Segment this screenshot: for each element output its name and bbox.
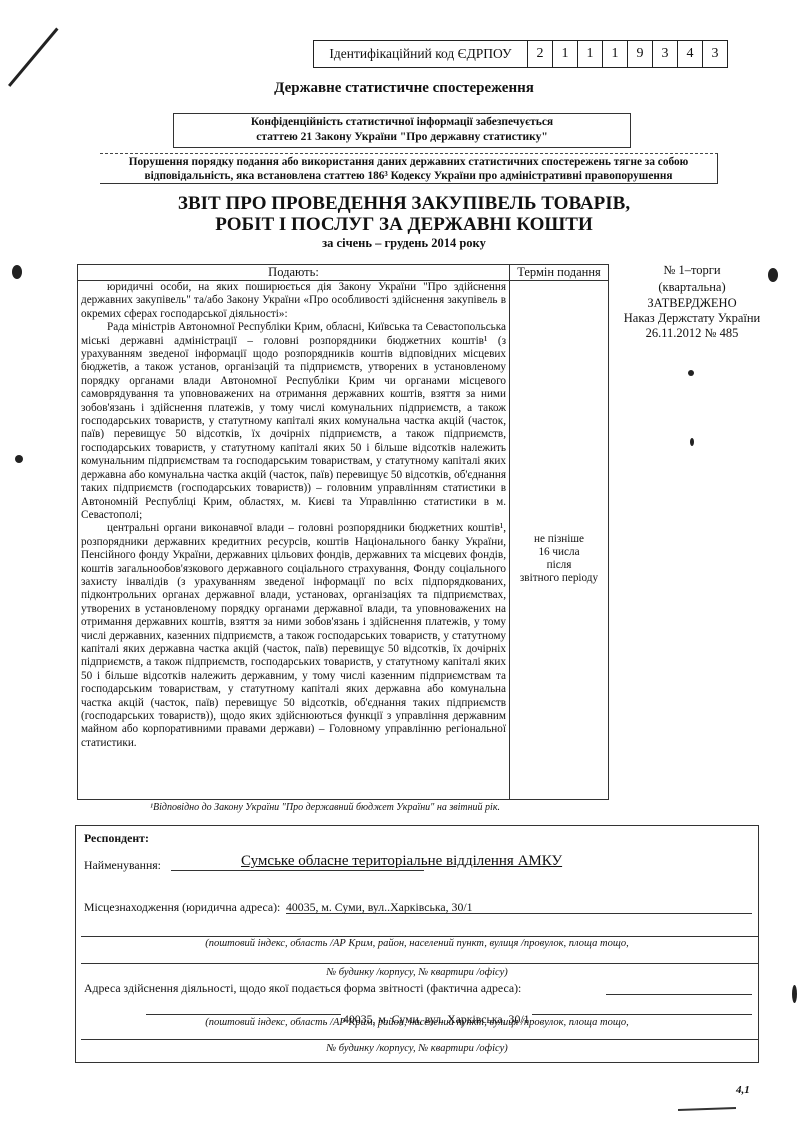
form-order: Наказ Держстату України (612, 311, 772, 326)
submitters-table: Подають: Термін подання юридичні особи, … (77, 264, 609, 800)
edrpou-digit: 9 (628, 41, 653, 67)
page-mark: 4,1 (736, 1084, 750, 1096)
form-frequency: (квартальна) (612, 279, 772, 296)
deadline-line: після (510, 559, 608, 572)
deadline-text: не пізніше 16 числа після звітного періо… (510, 533, 608, 585)
name-underline (171, 870, 424, 871)
form-number: № 1–торги (612, 262, 772, 279)
address-caption: № будинку /корпусу, № квартири /офісу) (76, 967, 758, 978)
edrpou-digit: 1 (553, 41, 578, 67)
table-row: юридичні особи, на яких поширюється дія … (78, 281, 608, 799)
form-approved: ЗАТВЕРДЖЕНО (612, 296, 772, 311)
legal-address-label: Місцезнаходження (юридична адреса): (84, 900, 280, 915)
violation-line-2: відповідальність, яка встановлена статте… (100, 169, 717, 183)
deadline-line: 16 числа (510, 546, 608, 559)
name-label: Найменування: (84, 858, 161, 873)
scan-corner-mark (8, 28, 59, 87)
submitters-paragraph: Рада міністрів Автономної Республіки Кри… (81, 321, 506, 522)
report-title-line-1: ЗВІТ ПРО ПРОВЕДЕННЯ ЗАКУПІВЕЛЬ ТОВАРІВ, (0, 193, 808, 214)
address-caption: № будинку /корпусу, № квартири /офісу) (76, 1043, 758, 1054)
confidentiality-line-2: статтею 21 Закону України "Про державну … (174, 130, 630, 145)
actual-address-underline (606, 994, 752, 995)
scan-speck (690, 438, 694, 446)
confidentiality-notice: Конфіденційність статистичної інформації… (173, 113, 631, 148)
footnote: ¹Відповідно до Закону України "Про держа… (150, 802, 500, 813)
address-caption: (поштовий індекс, область /АР Крим, райо… (76, 938, 758, 949)
address-line (81, 963, 758, 964)
report-period: за січень – грудень 2014 року (0, 236, 808, 251)
respondent-block: Респондент: Найменування: Сумське обласн… (75, 825, 759, 1063)
deadline-line: звітного періоду (510, 572, 608, 585)
table-header: Подають: Термін подання (78, 265, 608, 281)
submitters-cell: юридичні особи, на яких поширюється дія … (78, 281, 510, 799)
edrpou-digit: 2 (528, 41, 553, 67)
scan-speck (12, 265, 22, 279)
confidentiality-line-1: Конфіденційність статистичної інформації… (174, 115, 630, 130)
signature-mark (678, 1107, 736, 1111)
violation-notice: Порушення порядку подання або використан… (100, 153, 718, 184)
name-field[interactable]: Сумське обласне територіальне відділення… (241, 853, 562, 870)
edrpou-code-box: Ідентифікаційний код ЄДРПОУ 2 1 1 1 9 3 … (313, 40, 728, 68)
edrpou-digit: 4 (678, 41, 703, 67)
address-line (81, 1039, 758, 1040)
respondent-heading: Респондент: (84, 831, 149, 846)
submitters-paragraph: центральні органи виконавчої влади – гол… (81, 522, 506, 750)
header-deadline: Термін подання (510, 265, 608, 280)
submitters-paragraph: юридичні особи, на яких поширюється дія … (81, 281, 506, 321)
form-order-date: 26.11.2012 № 485 (612, 326, 772, 341)
address-line (81, 936, 758, 937)
address-caption: (поштовий індекс, область /АР Крим, райо… (76, 1017, 758, 1028)
scan-speck (688, 370, 694, 376)
violation-line-1: Порушення порядку подання або використан… (100, 155, 717, 169)
report-title: ЗВІТ ПРО ПРОВЕДЕННЯ ЗАКУПІВЕЛЬ ТОВАРІВ, … (0, 193, 808, 235)
deadline-cell: не пізніше 16 числа після звітного періо… (510, 281, 608, 799)
legal-address-underline (286, 913, 752, 914)
edrpou-digit: 1 (578, 41, 603, 67)
deadline-line: не пізніше (510, 533, 608, 546)
header-submitters: Подають: (78, 265, 510, 280)
actual-address-label: Адреса здійснення діяльності, щодо якої … (84, 981, 521, 996)
scan-speck (15, 455, 23, 463)
edrpou-digit: 1 (603, 41, 628, 67)
observation-title: Державне статистичне спостереження (0, 80, 808, 97)
scan-speck (792, 985, 797, 1003)
edrpou-digit: 3 (653, 41, 678, 67)
report-title-line-2: РОБІТ І ПОСЛУГ ЗА ДЕРЖАВНІ КОШТИ (0, 214, 808, 235)
edrpou-label: Ідентифікаційний код ЄДРПОУ (314, 41, 528, 67)
edrpou-digit: 3 (703, 41, 727, 67)
form-number-block: № 1–торги (квартальна) ЗАТВЕРДЖЕНО Наказ… (612, 262, 772, 341)
